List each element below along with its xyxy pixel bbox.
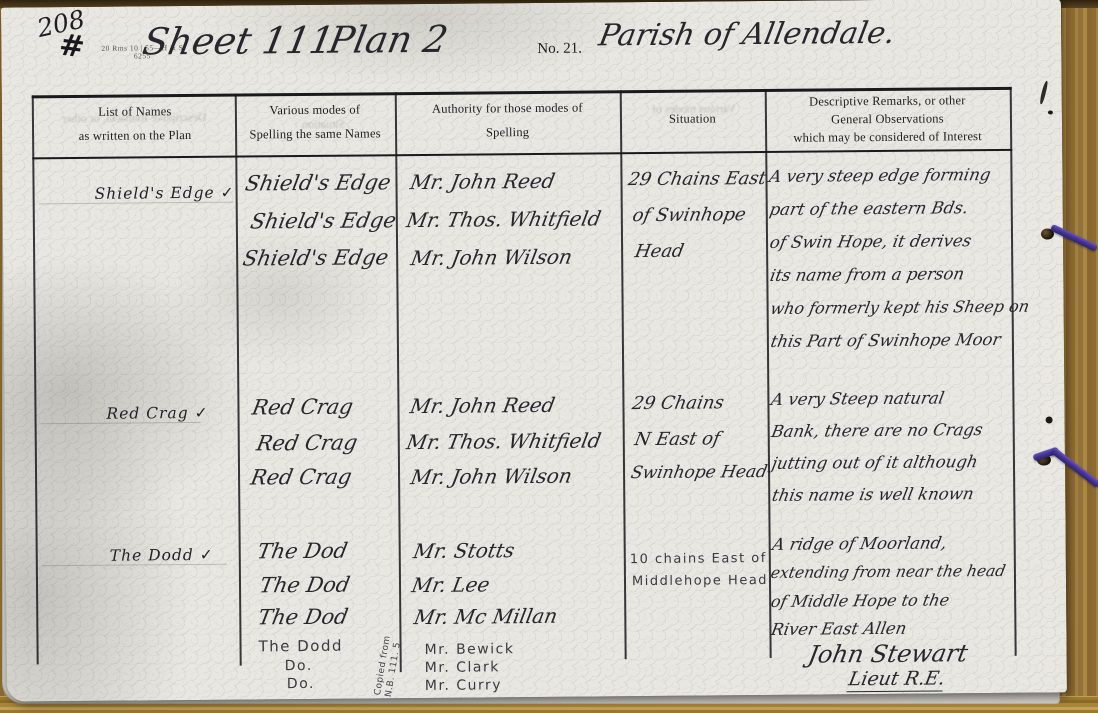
situation-entry: N East of [633, 428, 722, 450]
authority-entry: Mr. John Reed [408, 393, 557, 418]
check-mark: ✓ [221, 184, 235, 202]
situation-entry: Swinhope Head [629, 462, 769, 483]
remarks-line: of Middle Hope to the [769, 590, 951, 611]
spelling-entry: The Dod [256, 605, 350, 630]
remarks-line: extending from near the head [769, 562, 1007, 582]
table-right-rule [1010, 87, 1017, 656]
spelling-entry: Shield's Edge [249, 208, 399, 233]
binding-cord [1051, 447, 1098, 488]
binding-cord [1050, 224, 1098, 252]
remarks-line: who formerly kept his Sheep on [769, 297, 1031, 318]
remarks-line: part of the eastern Bds. [768, 198, 970, 219]
name-book-page: 208 # 20 Rms 10 | 55—H & S 6255 Sheet 11… [1, 0, 1067, 702]
situation-entry: of Swinhope [631, 204, 748, 226]
plan-label: Plan 2 [325, 18, 451, 62]
col-divider-3 [620, 90, 627, 659]
spelling-entry: Shield's Edge [243, 170, 393, 195]
sheet-label: Sheet 111 [139, 19, 337, 64]
spelling-entry: The Dod [255, 539, 349, 564]
column-header-names: List of Namesas written on the Plan [42, 104, 228, 145]
authority-entry: Mr. Stotts [411, 538, 516, 563]
authority-entry: Mr. Lee [410, 572, 492, 597]
surveyor-rank: Lieut R.E. [847, 667, 947, 690]
spelling-entry: The Dodd [258, 637, 343, 656]
remarks-line: of Swin Hope, it derives [768, 231, 973, 252]
spelling-entry: Red Crag [250, 395, 355, 420]
spelling-entry: Do. [287, 676, 315, 692]
col-divider-1 [235, 94, 242, 666]
copied-from-note: Copied from N.B. 111. 5 [373, 635, 405, 698]
situation-entry: Head [633, 241, 686, 262]
remarks-line: Bank, there are no Crags [770, 420, 984, 441]
check-mark: ✓ [200, 546, 214, 564]
plan-name: The Dodd ✓ [110, 546, 214, 565]
authority-entry: Mr. John Wilson [409, 464, 574, 489]
ink-smudge [1039, 80, 1048, 104]
authority-entry: Mr. Bewick [425, 641, 515, 658]
ink-dot [1046, 416, 1053, 423]
remarks-line: A very steep edge forming [768, 165, 993, 186]
situation-entry: 29 Chains [630, 392, 725, 414]
check-mark: ✓ [194, 404, 208, 422]
ink-dot [1048, 110, 1053, 114]
situation-entry: 29 Chains East [627, 168, 768, 190]
column-header-situation: Situation [625, 111, 760, 127]
spelling-entry: The Dod [258, 573, 352, 598]
authority-entry: Mr. John Reed [408, 169, 557, 194]
col-divider-2 [395, 92, 402, 672]
remarks-line: River East Allen [770, 619, 909, 639]
authority-entry: Mr. John Wilson [409, 245, 574, 270]
situation-entry: 10 chains East of [630, 551, 767, 567]
authority-entry: Mr. Clark [425, 659, 500, 676]
spelling-entry: Do. [285, 658, 313, 674]
remarks-line: this Part of Swinhope Moor [769, 330, 1002, 351]
remarks-line: A ridge of Moorland, [771, 533, 948, 554]
authority-entry: Mr. Curry [425, 677, 502, 694]
authority-entry: Mr. Thos. Whitfield [405, 428, 603, 454]
table-left-rule [32, 95, 39, 664]
plan-name: Shield's Edge ✓ [95, 184, 235, 203]
column-header-remarks: Descriptive Remarks, or otherGeneral Obs… [770, 91, 1005, 147]
remarks-line: A very Steep natural [770, 388, 946, 409]
remarks-line: this name is well known [770, 484, 975, 505]
parish-name: Parish of Allendale. [596, 16, 898, 54]
spelling-entry: Red Crag [255, 431, 360, 456]
hash-mark: # [57, 28, 86, 66]
column-header-spellings: Various modes ofSpelling the same Names [240, 102, 390, 142]
spelling-entry: Red Crag [249, 465, 354, 490]
situation-entry: Middlehope Head [632, 573, 768, 589]
record-number: No. 21. [537, 41, 582, 58]
surveyor-signature: John Stewart [806, 639, 970, 668]
authority-entry: Mr. Mc Millan [412, 604, 560, 629]
spelling-entry: Shield's Edge [241, 245, 391, 270]
authority-entry: Mr. Thos. Whitfield [405, 206, 603, 232]
header-bottom-rule [32, 149, 1012, 160]
remarks-line: its name from a person [769, 264, 966, 285]
remarks-line: jutting out of it although [770, 452, 979, 473]
plan-name: Red Crag ✓ [106, 404, 208, 423]
column-header-authority: Authority for those modes ofSpelling [400, 100, 615, 141]
